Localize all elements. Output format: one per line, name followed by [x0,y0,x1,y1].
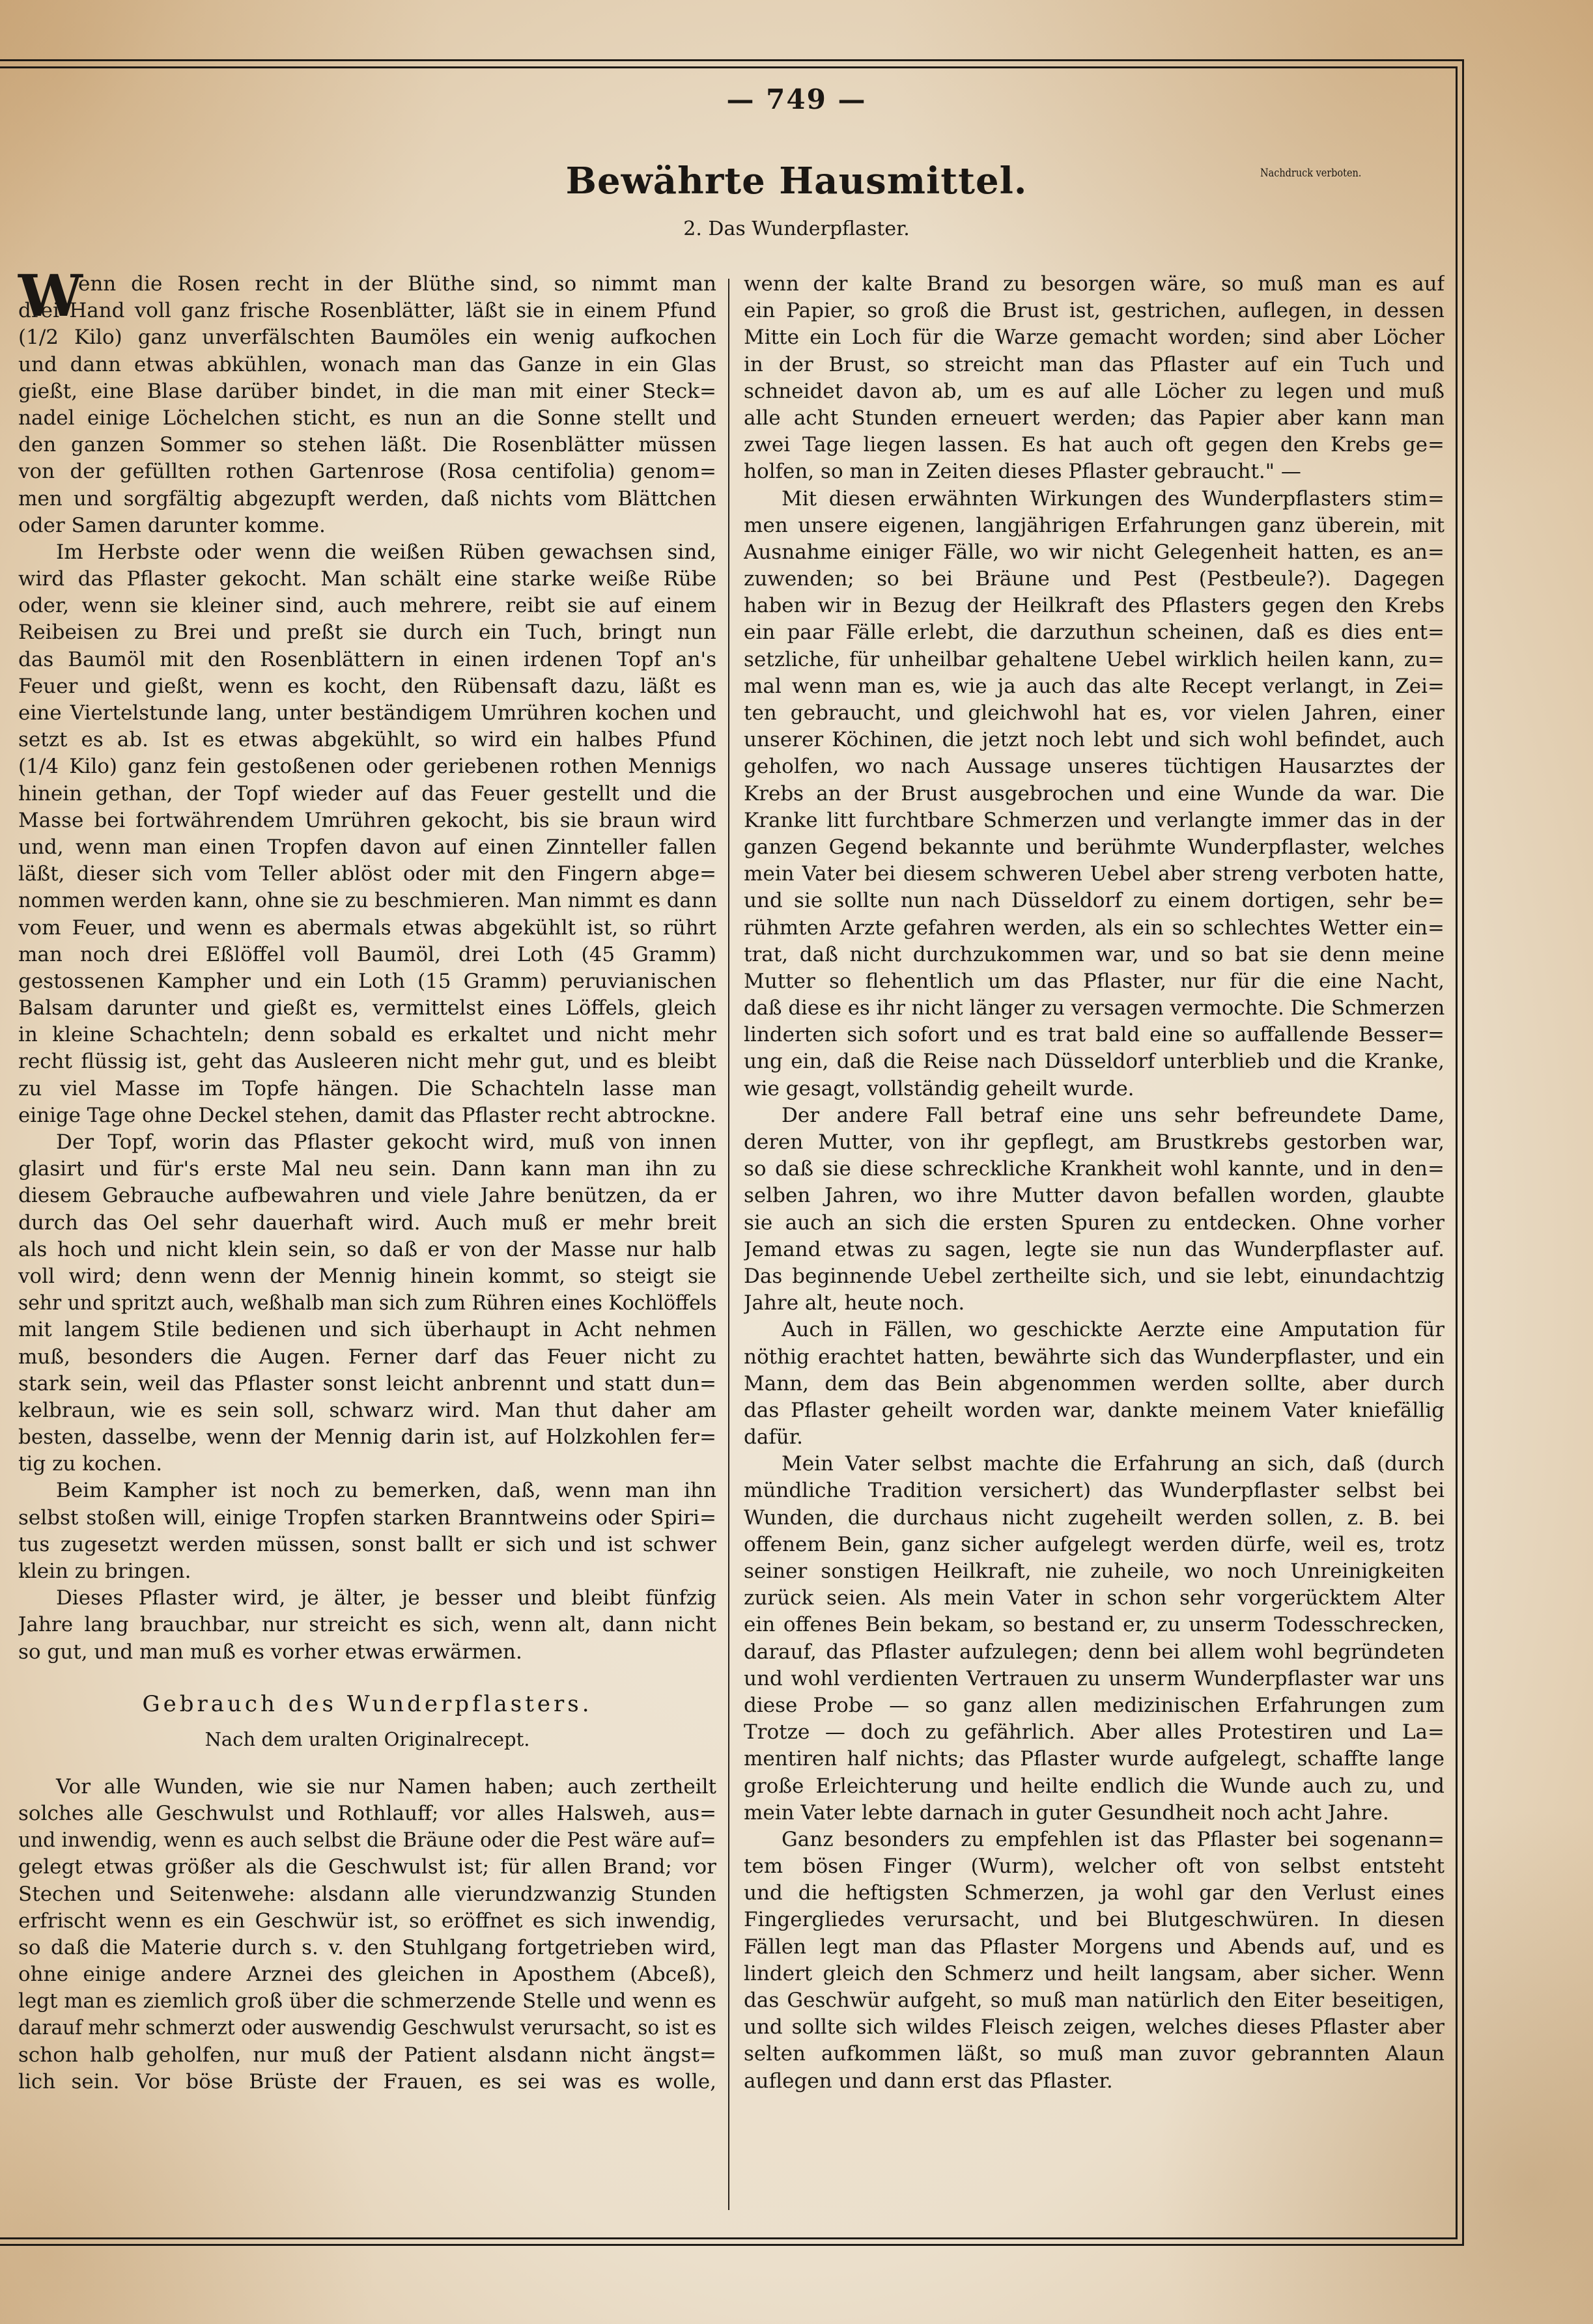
text-line: vom Feuer, und wenn es abermals etwas ab… [18,915,716,942]
text-line: und, wenn man einen Tropfen davon auf ei… [18,834,716,861]
text-line: Krebs an der Brust ausgebrochen und eine… [744,781,1445,807]
text-line: tus zugesetzt werden müssen, sonst ballt… [18,1532,716,1558]
text-line: so gut, und man muß es vorher etwas erwä… [18,1639,716,1666]
text-line: selben Jahren, wo ihre Mutter davon befa… [744,1183,1445,1209]
top-rule-outer [0,59,1464,61]
text-line: Stechen und Seitenwehe: alsdann alle vie… [18,1881,716,1908]
text-line: men unsere eigenen, langjährigen Erfahru… [744,512,1445,539]
copyright-notice: Nachdruck verboten. [1260,167,1361,180]
text-line: zu viel Masse im Topfe hängen. Die Schac… [18,1076,716,1102]
text-line: Fällen legt man das Pflaster Morgens und… [744,1934,1445,1961]
text-line: ohne einige andere Arznei des gleichen i… [18,1961,716,1988]
section-subheading: Nach dem uralten Originalrecept. [18,1723,716,1756]
text-line: daß diese es ihr nicht länger zu versage… [744,995,1445,1022]
text-line: Der andere Fall betraf eine uns sehr bef… [744,1102,1445,1129]
text-line: ein offenes Bein bekam, so bestand er, z… [744,1612,1445,1638]
text-line: seiner sonstigen Heilkraft, nie zuheile,… [744,1558,1445,1585]
text-line: Mit diesen erwähnten Wirkungen des Wunde… [744,486,1445,512]
text-line: sehr und spritzt auch, weßhalb man sich … [18,1290,716,1317]
text-line: mal wenn man es, wie ja auch das alte Re… [744,673,1445,700]
section-body: Vor alle Wunden, wie sie nur Namen haben… [18,1774,716,2095]
text-line: rühmten Arzte gefahren werden, als ein s… [744,915,1445,942]
text-line: wie gesagt, vollständig geheilt wurde. [744,1076,1445,1102]
text-line: offenem Bein, ganz sicher aufgelegt werd… [744,1532,1445,1558]
text-line: darauf mehr schmerzt oder auswendig Gesc… [18,2015,716,2041]
text-line: stark sein, weil das Pflaster sonst leic… [18,1371,716,1397]
text-line: ein paar Fälle erlebt, die darzuthun sch… [744,619,1445,646]
text-line: das Geschwür aufgeht, so muß man natürli… [744,1987,1445,2014]
text-line: in der Brust, so streicht man das Pflast… [744,352,1445,378]
text-line: durch das Oel sehr dauerhaft wird. Auch … [18,1210,716,1237]
right-rule-outer [1462,59,1464,2246]
text-line: auflegen und dann erst das Pflaster. [744,2068,1445,2095]
text-line: Im Herbste oder wenn die weißen Rüben ge… [18,539,716,566]
text-line: ein Papier, so groß die Brust ist, gestr… [744,298,1445,324]
right-column: wenn der kalte Brand zu besorgen wäre, s… [744,271,1445,2095]
text-line: Feuer und gießt, wenn es kocht, den Rübe… [18,673,716,700]
top-rule-inner [0,66,1458,68]
text-line: in kleine Schachteln; denn sobald es erk… [18,1022,716,1048]
text-line: setzliche, für unheilbar gehaltene Uebel… [744,647,1445,673]
text-line: enn die Rosen recht in der Blüthe sind, … [18,271,716,298]
bottom-rule-outer [0,2244,1464,2246]
text-line: nadel einige Löchelchen sticht, es nun a… [18,405,716,432]
text-line: (1/4 Kilo) ganz fein gestoßenen oder ger… [18,753,716,780]
text-line: selbst stoßen will, einige Tropfen stark… [18,1505,716,1532]
text-line: und sie sollte nun nach Düsseldorf zu ei… [744,888,1445,914]
text-line: Ausnahme einiger Fälle, wo wir nicht Gel… [744,539,1445,566]
text-line: lich sein. Vor böse Brüste der Frauen, e… [18,2069,716,2095]
text-line: schon halb geholfen, nur muß der Patient… [18,2042,716,2069]
text-line: Mein Vater selbst machte die Erfahrung a… [744,1451,1445,1477]
text-line: wenn der kalte Brand zu besorgen wäre, s… [744,271,1445,298]
text-line: sie auch an sich die ersten Spuren zu en… [744,1210,1445,1237]
text-line: den ganzen Sommer so stehen läßt. Die Ro… [18,432,716,458]
text-line: wird das Pflaster gekocht. Man schält ei… [18,566,716,593]
text-line: mein Vater lebte darnach in guter Gesund… [744,1800,1445,1827]
text-line: deren Mutter, von ihr gepflegt, am Brust… [744,1129,1445,1156]
text-line: holfen, so man in Zeiten dieses Pflaster… [744,458,1445,485]
text-line: unserer Köchinen, die jetzt noch lebt un… [744,727,1445,753]
left-column-body: enn die Rosen recht in der Blüthe sind, … [18,271,716,1666]
text-line: schneidet davon ab, um es auf alle Löche… [744,378,1445,405]
text-line: und wohl verdienten Vertrauen zu unserm … [744,1666,1445,1692]
text-line: linderten sich sofort und es trat bald e… [744,1022,1445,1048]
text-line: Reibeisen zu Brei und preßt sie durch ei… [18,619,716,646]
text-line: mentiren half nichts; das Pflaster wurde… [744,1746,1445,1772]
page-number: — 749 — [0,83,1593,115]
text-line: legt man es ziemlich groß über die schme… [18,1988,716,2015]
text-line: Ganz besonders zu empfehlen ist das Pfla… [744,1827,1445,1853]
text-line: Mitte ein Loch für die Warze gemacht wor… [744,324,1445,351]
text-line: solches alle Geschwulst und Rothlauff; v… [18,1800,716,1827]
text-line: ten gebraucht, und gleichwohl hat es, vo… [744,700,1445,727]
right-column-body: wenn der kalte Brand zu besorgen wäre, s… [744,271,1445,2095]
bottom-rule-inner [0,2237,1458,2239]
text-line: Dieses Pflaster wird, je älter, je besse… [18,1585,716,1612]
text-line: man noch drei Eßlöffel voll Baumöl, drei… [18,942,716,968]
text-line: und die heftigsten Schmerzen, ja wohl ga… [744,1880,1445,1907]
text-line: drei Hand voll ganz frische Rosenblätter… [18,298,716,324]
text-line: mein Vater bei diesem schweren Uebel abe… [744,861,1445,888]
text-line: Der Topf, worin das Pflaster gekocht wir… [18,1129,716,1156]
text-line: Das beginnende Uebel zertheilte sich, un… [744,1263,1445,1290]
text-line: Wunden, die durchaus nicht zugeheilt wer… [744,1505,1445,1532]
text-line: (1/2 Kilo) ganz unverfälschten Baumöles … [18,324,716,351]
text-line: große Erleichterung und heilte endlich d… [744,1773,1445,1800]
text-line: das Pflaster geheilt worden war, dankte … [744,1397,1445,1424]
text-line: zwei Tage liegen lassen. Es hat auch oft… [744,432,1445,458]
text-line: einige Tage ohne Deckel stehen, damit da… [18,1102,716,1129]
text-line: geholfen, wo nach Aussage unseres tüchti… [744,753,1445,780]
text-line: und sollte sich wildes Fleisch zeigen, w… [744,2014,1445,2041]
text-line: setzt es ab. Ist es etwas abgekühlt, so … [18,727,716,753]
text-line: Mutter so flehentlich um das Pflaster, n… [744,968,1445,995]
text-line: zuwenden; so bei Bräune und Pest (Pestbe… [744,566,1445,593]
text-line: gießt, eine Blase darüber bindet, in die… [18,378,716,405]
article-title: Bewährte Hausmittel. [0,160,1593,203]
section-heading: Gebrauch des Wunderpflasters. [18,1685,716,1723]
text-line: hinein gethan, der Topf wieder auf das F… [18,781,716,807]
text-line: tem bösen Finger (Wurm), welcher oft von… [744,1853,1445,1880]
text-line: nöthig erachtet hatten, bewährte sich da… [744,1344,1445,1371]
text-line: oder, wenn sie kleiner sind, auch mehrer… [18,593,716,619]
right-rule-inner [1456,66,1458,2239]
text-line: kelbraun, wie es sein soll, schwarz wird… [18,1397,716,1424]
text-line: mit langem Stile bedienen und sich überh… [18,1317,716,1343]
text-line: als hoch und nicht klein sein, so daß er… [18,1237,716,1263]
drop-cap: W [18,267,83,324]
text-line: Mann, dem das Bein abgenommen werden sol… [744,1371,1445,1397]
text-line: Fingergliedes verursacht, und bei Blutge… [744,1907,1445,1933]
text-line: voll wird; denn wenn der Mennig hinein k… [18,1263,716,1290]
text-line: läßt, dieser sich vom Teller ablöst oder… [18,861,716,888]
text-line: dafür. [744,1424,1445,1451]
text-line: gestossenen Kampher und ein Loth (15 Gra… [18,968,716,995]
text-line: glasirt und für's erste Mal neu sein. Da… [18,1156,716,1183]
column-divider [728,279,729,2210]
text-line: und dann etwas abkühlen, wonach man das … [18,352,716,378]
text-line: darauf, das Pflaster aufzulegen; denn be… [744,1639,1445,1666]
text-line: von der gefüllten rothen Gartenrose (Ros… [18,458,716,485]
text-line: nommen werden kann, ohne sie zu beschmie… [18,888,716,914]
text-line: erfrischt wenn es ein Geschwür ist, so e… [18,1908,716,1935]
text-line: oder Samen darunter komme. [18,512,716,539]
text-line: besten, dasselbe, wenn der Mennig darin … [18,1424,716,1451]
text-line: selten aufkommen läßt, so muß man zuvor … [744,2041,1445,2067]
text-line: eine Viertelstunde lang, unter beständig… [18,700,716,727]
text-line: Balsam darunter und gießt es, vermittels… [18,995,716,1022]
text-line: diesem Gebrauche aufbewahren und viele J… [18,1183,716,1209]
text-line: das Baumöl mit den Rosenblättern in eine… [18,647,716,673]
left-column: enn die Rosen recht in der Blüthe sind, … [18,271,716,2095]
text-line: alle acht Stunden erneuert werden; das P… [744,405,1445,432]
article-subtitle: 2. Das Wunderpflaster. [0,217,1593,240]
text-line: men und sorgfältig abgezupft werden, daß… [18,486,716,512]
text-line: tig zu kochen. [18,1451,716,1477]
text-line: Jahre lang brauchbar, nur streicht es si… [18,1612,716,1638]
text-line: gelegt etwas größer als die Geschwulst i… [18,1854,716,1881]
text-line: lindert gleich den Schmerz und heilt lan… [744,1961,1445,1987]
text-line: Jahre alt, heute noch. [744,1290,1445,1317]
text-line: klein zu bringen. [18,1558,716,1585]
text-line: diese Probe — so ganz allen medizinische… [744,1692,1445,1719]
text-line: mündliche Tradition versichert) das Wund… [744,1477,1445,1504]
text-line: recht flüssig ist, geht das Ausleeren ni… [18,1048,716,1075]
text-line: ung ein, daß die Reise nach Düsseldorf u… [744,1048,1445,1075]
text-line: haben wir in Bezug der Heilkraft des Pfl… [744,593,1445,619]
text-line: Beim Kampher ist noch zu bemerken, daß, … [18,1477,716,1504]
text-line: Masse bei fortwährendem Umrühren gekocht… [18,807,716,834]
text-line: und inwendig, wenn es auch selbst die Br… [18,1827,716,1854]
text-line: Vor alle Wunden, wie sie nur Namen haben… [18,1774,716,1800]
text-line: muß, besonders die Augen. Ferner darf da… [18,1344,716,1371]
text-line: so daß die Materie durch s. v. den Stuhl… [18,1935,716,1961]
text-line: Jemand etwas zu sagen, legte sie nun das… [744,1237,1445,1263]
text-line: so daß sie diese schreckliche Krankheit … [744,1156,1445,1183]
text-line: Kranke litt furchtbare Schmerzen und ver… [744,807,1445,834]
text-line: zurück seien. Als mein Vater in schon se… [744,1585,1445,1612]
text-line: Auch in Fällen, wo geschickte Aerzte ein… [744,1317,1445,1343]
text-line: trat, daß nicht durchzukommen war, und s… [744,942,1445,968]
text-line: Trotze — doch zu gefährlich. Aber alles … [744,1719,1445,1746]
text-line: ganzen Gegend bekannte und berühmte Wund… [744,834,1445,861]
